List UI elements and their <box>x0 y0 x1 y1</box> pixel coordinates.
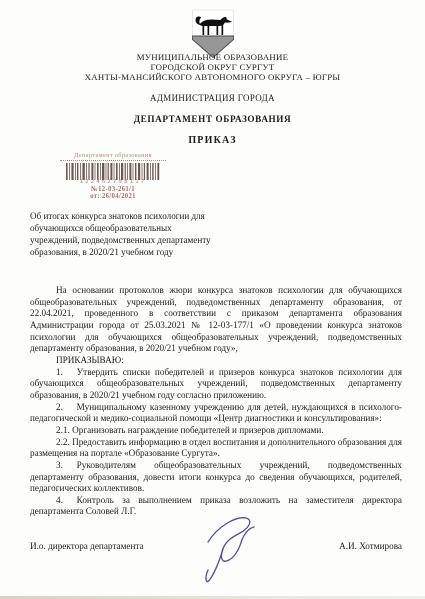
order-body: На основании протоколов жюри конкурса зн… <box>30 285 402 518</box>
department-title: ДЕПАРТАМЕНТ ОБРАЗОВАНИЯ <box>0 114 425 124</box>
stamp-document-number: №12-03-261/1 <box>60 186 166 193</box>
organization-header: МУНИЦИПАЛЬНОЕ ОБРАЗОВАНИЕ ГОРОДСКОЙ ОКРУ… <box>0 52 425 83</box>
signer-name: А.И. Хотмирова <box>339 541 402 551</box>
org-line-1: МУНИЦИПАЛЬНОЕ ОБРАЗОВАНИЕ <box>0 52 425 62</box>
order-paragraph-item-3: 3. Руководителям общеобразовательных учр… <box>30 460 402 495</box>
stamp-department-label: Департамент образования <box>60 152 166 161</box>
signature-autograph-icon <box>196 512 274 592</box>
order-subject: Об итогах конкурса знатоков психологии д… <box>30 210 214 258</box>
barcode-icon <box>66 163 160 180</box>
order-document-page: МУНИЦИПАЛЬНОЕ ОБРАЗОВАНИЕ ГОРОДСКОЙ ОКРУ… <box>0 0 425 599</box>
order-paragraph-item-2-2: 2.2. Предоставить информацию в отдел вос… <box>30 437 402 460</box>
org-line-2: ГОРОДСКОЙ ОКРУГ СУРГУТ <box>0 62 425 72</box>
barcode-digits: 122462798117 <box>60 179 166 185</box>
order-paragraph-preamble: На основании протоколов жюри конкурса зн… <box>30 285 402 355</box>
org-line-3: ХАНТЫ-МАНСИЙСКОГО АВТОНОМНОГО ОКРУГА – Ю… <box>0 72 425 82</box>
registration-stamp: Департамент образования <box>60 152 166 200</box>
signer-position: И.о. директора департамента <box>30 541 144 551</box>
document-type-title: ПРИКАЗ <box>0 135 425 146</box>
administration-title: АДМИНИСТРАЦИЯ ГОРОДА <box>0 93 425 103</box>
order-paragraph-item-2: 2. Муниципальному казенному учреждению д… <box>30 402 402 425</box>
order-paragraph-item-2-1: 2.1. Организовать награждение победителе… <box>30 425 402 437</box>
stamp-date: от: 26/04/2021 <box>60 193 166 200</box>
order-paragraph-item-1: 1. Утвердить списки победителей и призер… <box>30 367 402 402</box>
order-paragraph-command: ПРИКАЗЫВАЮ: <box>30 355 402 367</box>
